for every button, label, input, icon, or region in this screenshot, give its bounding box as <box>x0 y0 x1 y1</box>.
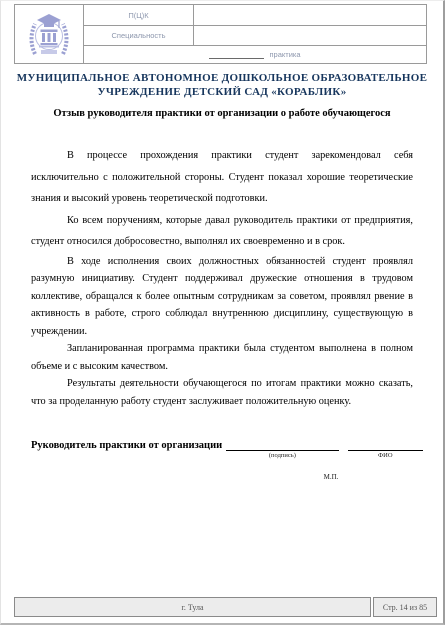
document-page: П(Ц)К Специальность практика МУНИЦИПАЛЬН… <box>0 0 445 625</box>
header-row-pck-value <box>193 5 426 25</box>
practice-label: практика <box>269 50 300 59</box>
fio-line <box>348 439 423 451</box>
signature-caption: (подпись) <box>269 452 296 460</box>
header-practice-row: практика <box>83 45 426 63</box>
fio-line-group: ФИО <box>348 439 423 460</box>
paragraph-2: Ко всем поручениям, которые давал руково… <box>31 210 413 253</box>
paragraph-5: Результаты деятельности обучающегося по … <box>31 375 413 410</box>
fio-caption: ФИО <box>378 452 393 460</box>
signature-row: Руководитель практики от организации (по… <box>31 439 423 460</box>
logo-cell <box>15 5 83 63</box>
practice-blank-line <box>209 50 264 59</box>
header-row-specialty-label: Специальность <box>83 25 193 45</box>
paragraph-4: Запланированная программа практики была … <box>31 340 413 375</box>
institution-title: МУНИЦИПАЛЬНОЕ АВТОНОМНОЕ ДОШКОЛЬНОЕ ОБРА… <box>15 72 429 99</box>
footer-city: г. Тула <box>14 597 371 617</box>
body-text: В процессе прохождения практики студент … <box>31 145 413 410</box>
header: П(Ц)К Специальность практика <box>1 1 443 64</box>
paragraph-1: В процессе прохождения практики студент … <box>31 145 413 210</box>
page-footer: г. Тула Стр. 14 из 85 <box>14 597 437 617</box>
header-row-pck-label: П(Ц)К <box>83 5 193 25</box>
signature-label: Руководитель практики от организации <box>31 439 222 452</box>
signature-block: Руководитель практики от организации (по… <box>31 439 423 481</box>
footer-page-number: Стр. 14 из 85 <box>373 597 437 617</box>
paragraph-3: В ходе исполнения своих должностных обяз… <box>31 253 413 341</box>
signature-line <box>226 439 338 451</box>
signature-line-group: (подпись) <box>226 439 338 460</box>
seal-mark: М.П. <box>314 473 348 481</box>
header-row-specialty-value <box>193 25 426 45</box>
document-subtitle: Отзыв руководителя практики от организац… <box>21 108 423 120</box>
college-emblem-icon <box>26 9 72 59</box>
header-table: П(Ц)К Специальность практика <box>14 4 427 64</box>
